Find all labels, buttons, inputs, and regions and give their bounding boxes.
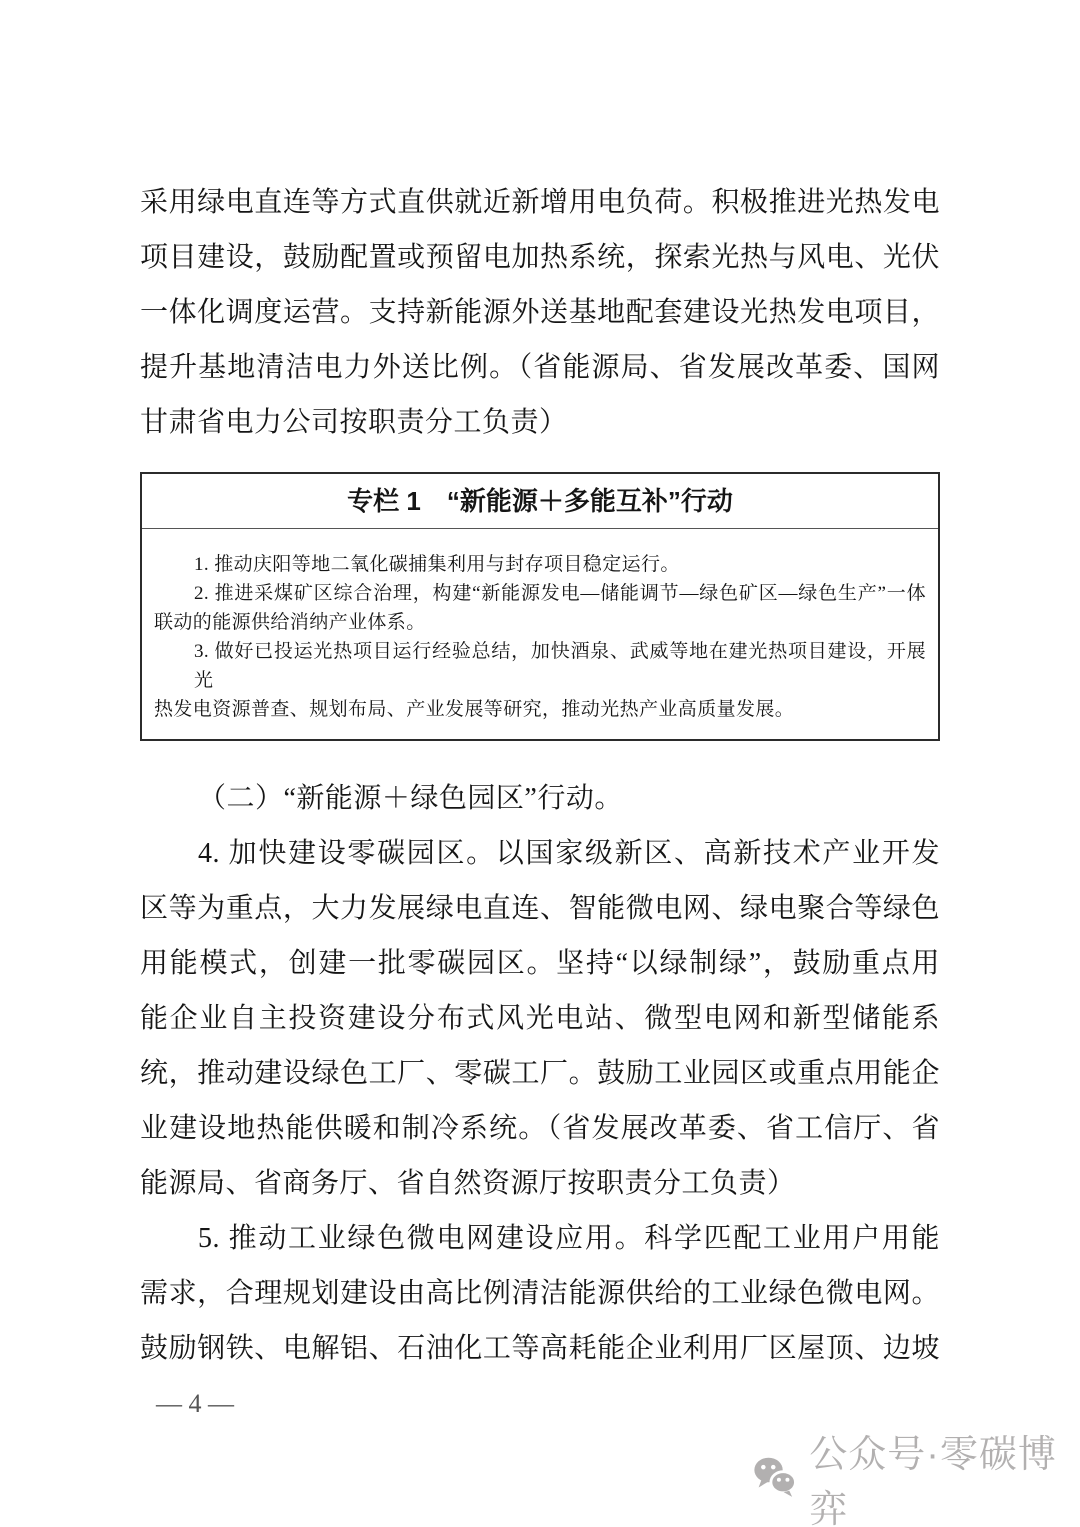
callout-box-zhuanlan-1: 专栏 1 “新能源＋多能互补”行动 1. 推动庆阳等地二氧化碳捕集利用与封存项目… xyxy=(140,472,940,741)
callout-text-line: 2. 推进采煤矿区综合治理，构建“新能源发电—储能调节—绿色矿区—绿色生产”一体 xyxy=(154,579,926,608)
text-line: 5. 推动工业绿色微电网建设应用。科学匹配工业用户用能 xyxy=(140,1211,940,1266)
text-line: 采用绿电直连等方式直供就近新增用电负荷。积极推进光热发电 xyxy=(140,175,940,230)
text-line: 需求，合理规划建设由高比例清洁能源供给的工业绿色微电网。 xyxy=(140,1266,940,1321)
paragraph-5: 5. 推动工业绿色微电网建设应用。科学匹配工业用户用能 需求，合理规划建设由高比… xyxy=(140,1211,940,1376)
watermark: 公众号·零碳博弈 xyxy=(752,1448,1080,1508)
text-line: 区等为重点，大力发展绿电直连、智能微电网、绿电聚合等绿色 xyxy=(140,881,940,936)
callout-text-line: 联动的能源供给消纳产业体系。 xyxy=(154,608,926,637)
text-line: 统，推动建设绿色工厂、零碳工厂。鼓励工业园区或重点用能企 xyxy=(140,1046,940,1101)
page-content: 采用绿电直连等方式直供就近新增用电负荷。积极推进光热发电 项目建设，鼓励配置或预… xyxy=(140,175,940,1431)
wechat-icon xyxy=(752,1455,799,1501)
text-line: 能源局、省商务厅、省自然资源厅按职责分工负责） xyxy=(140,1156,940,1211)
callout-text-line: 3. 做好已投运光热项目运行经验总结，加快酒泉、武威等地在建光热项目建设，开展光 xyxy=(154,637,926,695)
text-line: 一体化调度运营。支持新能源外送基地配套建设光热发电项目， xyxy=(140,285,940,340)
text-line: 业建设地热能供暖和制冷系统。（省发展改革委、省工信厅、省 xyxy=(140,1101,940,1156)
document-page: 采用绿电直连等方式直供就近新增用电负荷。积极推进光热发电 项目建设，鼓励配置或预… xyxy=(0,0,1080,1527)
text-line: 能企业自主投资建设分布式风光电站、微型电网和新型储能系 xyxy=(140,991,940,1046)
text-line: 项目建设，鼓励配置或预留电加热系统，探索光热与风电、光伏 xyxy=(140,230,940,285)
text-line: 4. 加快建设零碳园区。以国家级新区、高新技术产业开发 xyxy=(140,826,940,881)
watermark-label: 公众号·零碳博弈 xyxy=(809,1423,1080,1527)
text-line: 鼓励钢铁、电解铝、石油化工等高耗能企业利用厂区屋顶、边坡 xyxy=(140,1321,940,1376)
callout-box-body: 1. 推动庆阳等地二氧化碳捕集利用与封存项目稳定运行。 2. 推进采煤矿区综合治… xyxy=(142,529,938,739)
paragraph-1: 采用绿电直连等方式直供就近新增用电负荷。积极推进光热发电 项目建设，鼓励配置或预… xyxy=(140,175,940,450)
text-line: 提升基地清洁电力外送比例。（省能源局、省发展改革委、国网 xyxy=(140,340,940,395)
text-line: 用能模式，创建一批零碳园区。坚持“以绿制绿”，鼓励重点用 xyxy=(140,936,940,991)
text-line: 甘肃省电力公司按职责分工负责） xyxy=(140,395,940,450)
callout-text-line: 热发电资源普查、规划布局、产业发展等研究，推动光热产业高质量发展。 xyxy=(154,695,926,724)
section-heading: （二）“新能源＋绿色园区”行动。 xyxy=(140,771,940,826)
callout-box-title: 专栏 1 “新能源＋多能互补”行动 xyxy=(142,474,938,529)
callout-text-line: 1. 推动庆阳等地二氧化碳捕集利用与封存项目稳定运行。 xyxy=(154,550,926,579)
paragraph-4: 4. 加快建设零碳园区。以国家级新区、高新技术产业开发 区等为重点，大力发展绿电… xyxy=(140,826,940,1211)
